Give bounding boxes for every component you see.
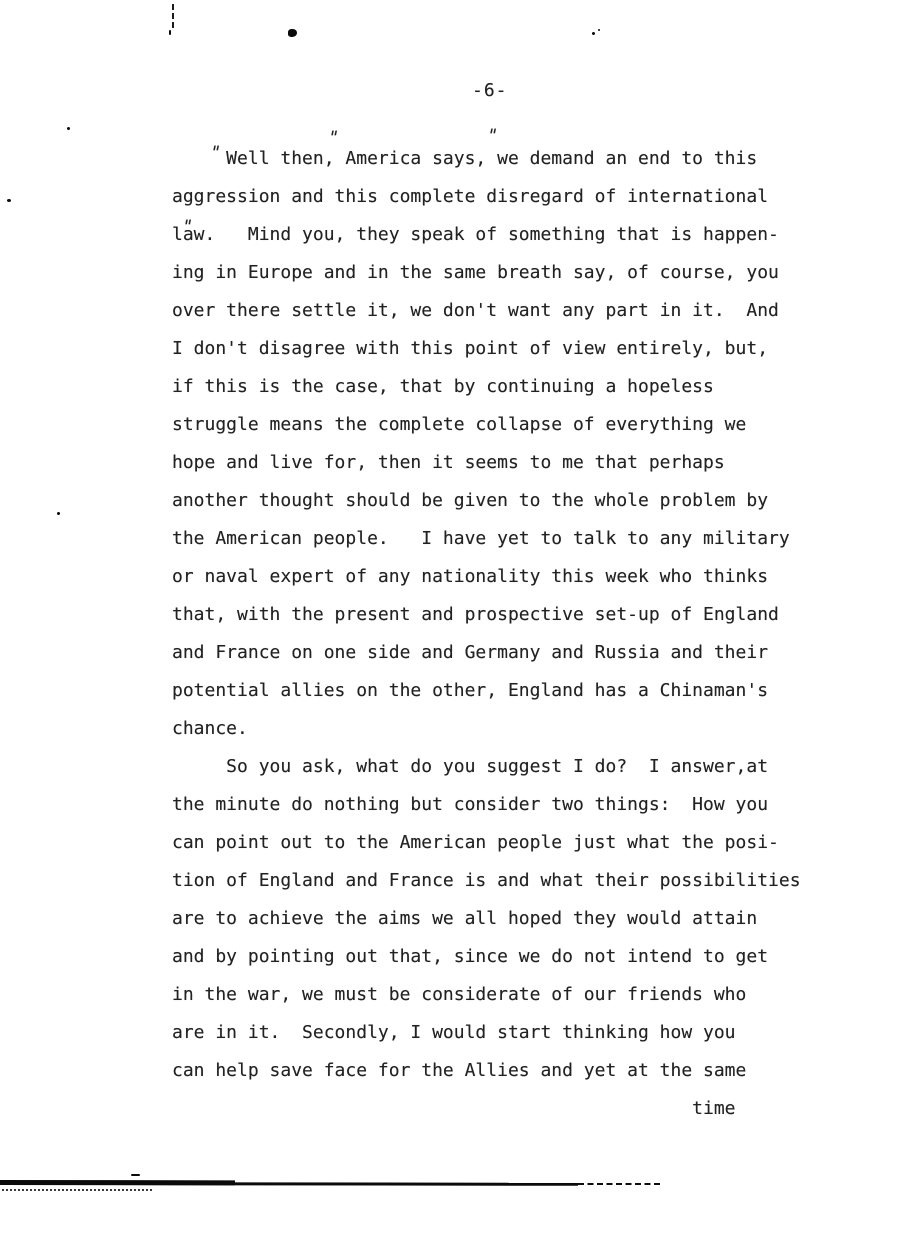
text-line: are in it. Secondly, I would start think… — [172, 1014, 872, 1052]
scan-speck — [131, 1174, 140, 1176]
page-number: -6- — [472, 80, 508, 101]
scan-speck — [598, 29, 600, 31]
text-line: the American people. I have yet to talk … — [172, 520, 872, 558]
text-line: I don't disagree with this point of view… — [172, 330, 872, 368]
text-line: struggle means the complete collapse of … — [172, 406, 872, 444]
scan-vertical-dashes — [172, 4, 174, 28]
text-line: over there settle it, we don't want any … — [172, 292, 872, 330]
scan-ink-blob — [288, 29, 297, 37]
text-line: and by pointing out that, since we do no… — [172, 938, 872, 976]
text-line: another thought should be given to the w… — [172, 482, 872, 520]
text-line: time — [172, 1090, 872, 1128]
scan-speck — [592, 32, 595, 35]
text-line: can help save face for the Allies and ye… — [172, 1052, 872, 1090]
text-line: in the war, we must be considerate of ou… — [172, 976, 872, 1014]
text-line: aggression and this complete disregard o… — [172, 178, 872, 216]
text-line: tion of England and France is and what t… — [172, 862, 872, 900]
text-line: So you ask, what do you suggest I do? I … — [172, 748, 872, 786]
text-line: law. Mind you, they speak of something t… — [172, 216, 872, 254]
body-text: Well then, America says, we demand an en… — [172, 140, 872, 1128]
text-line: if this is the case, that by continuing … — [172, 368, 872, 406]
document-page: -6- Well then, America says, we demand a… — [0, 0, 900, 1254]
text-line: hope and live for, then it seems to me t… — [172, 444, 872, 482]
bottom-scan-line-remnant — [2, 1189, 152, 1191]
text-line: ing in Europe and in the same breath say… — [172, 254, 872, 292]
scan-speck — [57, 512, 60, 515]
scan-speck — [7, 199, 11, 202]
text-line: can point out to the American people jus… — [172, 824, 872, 862]
text-line: or naval expert of any nationality this … — [172, 558, 872, 596]
text-line: chance. — [172, 710, 872, 748]
scan-speck — [169, 30, 171, 35]
text-line: are to achieve the aims we all hoped the… — [172, 900, 872, 938]
scan-speck — [67, 127, 70, 130]
bottom-scan-line-tail — [578, 1183, 660, 1185]
bottom-scan-line — [0, 1182, 578, 1186]
text-line: Well then, America says, we demand an en… — [172, 140, 872, 178]
text-line: the minute do nothing but consider two t… — [172, 786, 872, 824]
text-line: potential allies on the other, England h… — [172, 672, 872, 710]
text-line: that, with the present and prospective s… — [172, 596, 872, 634]
text-line: and France on one side and Germany and R… — [172, 634, 872, 672]
